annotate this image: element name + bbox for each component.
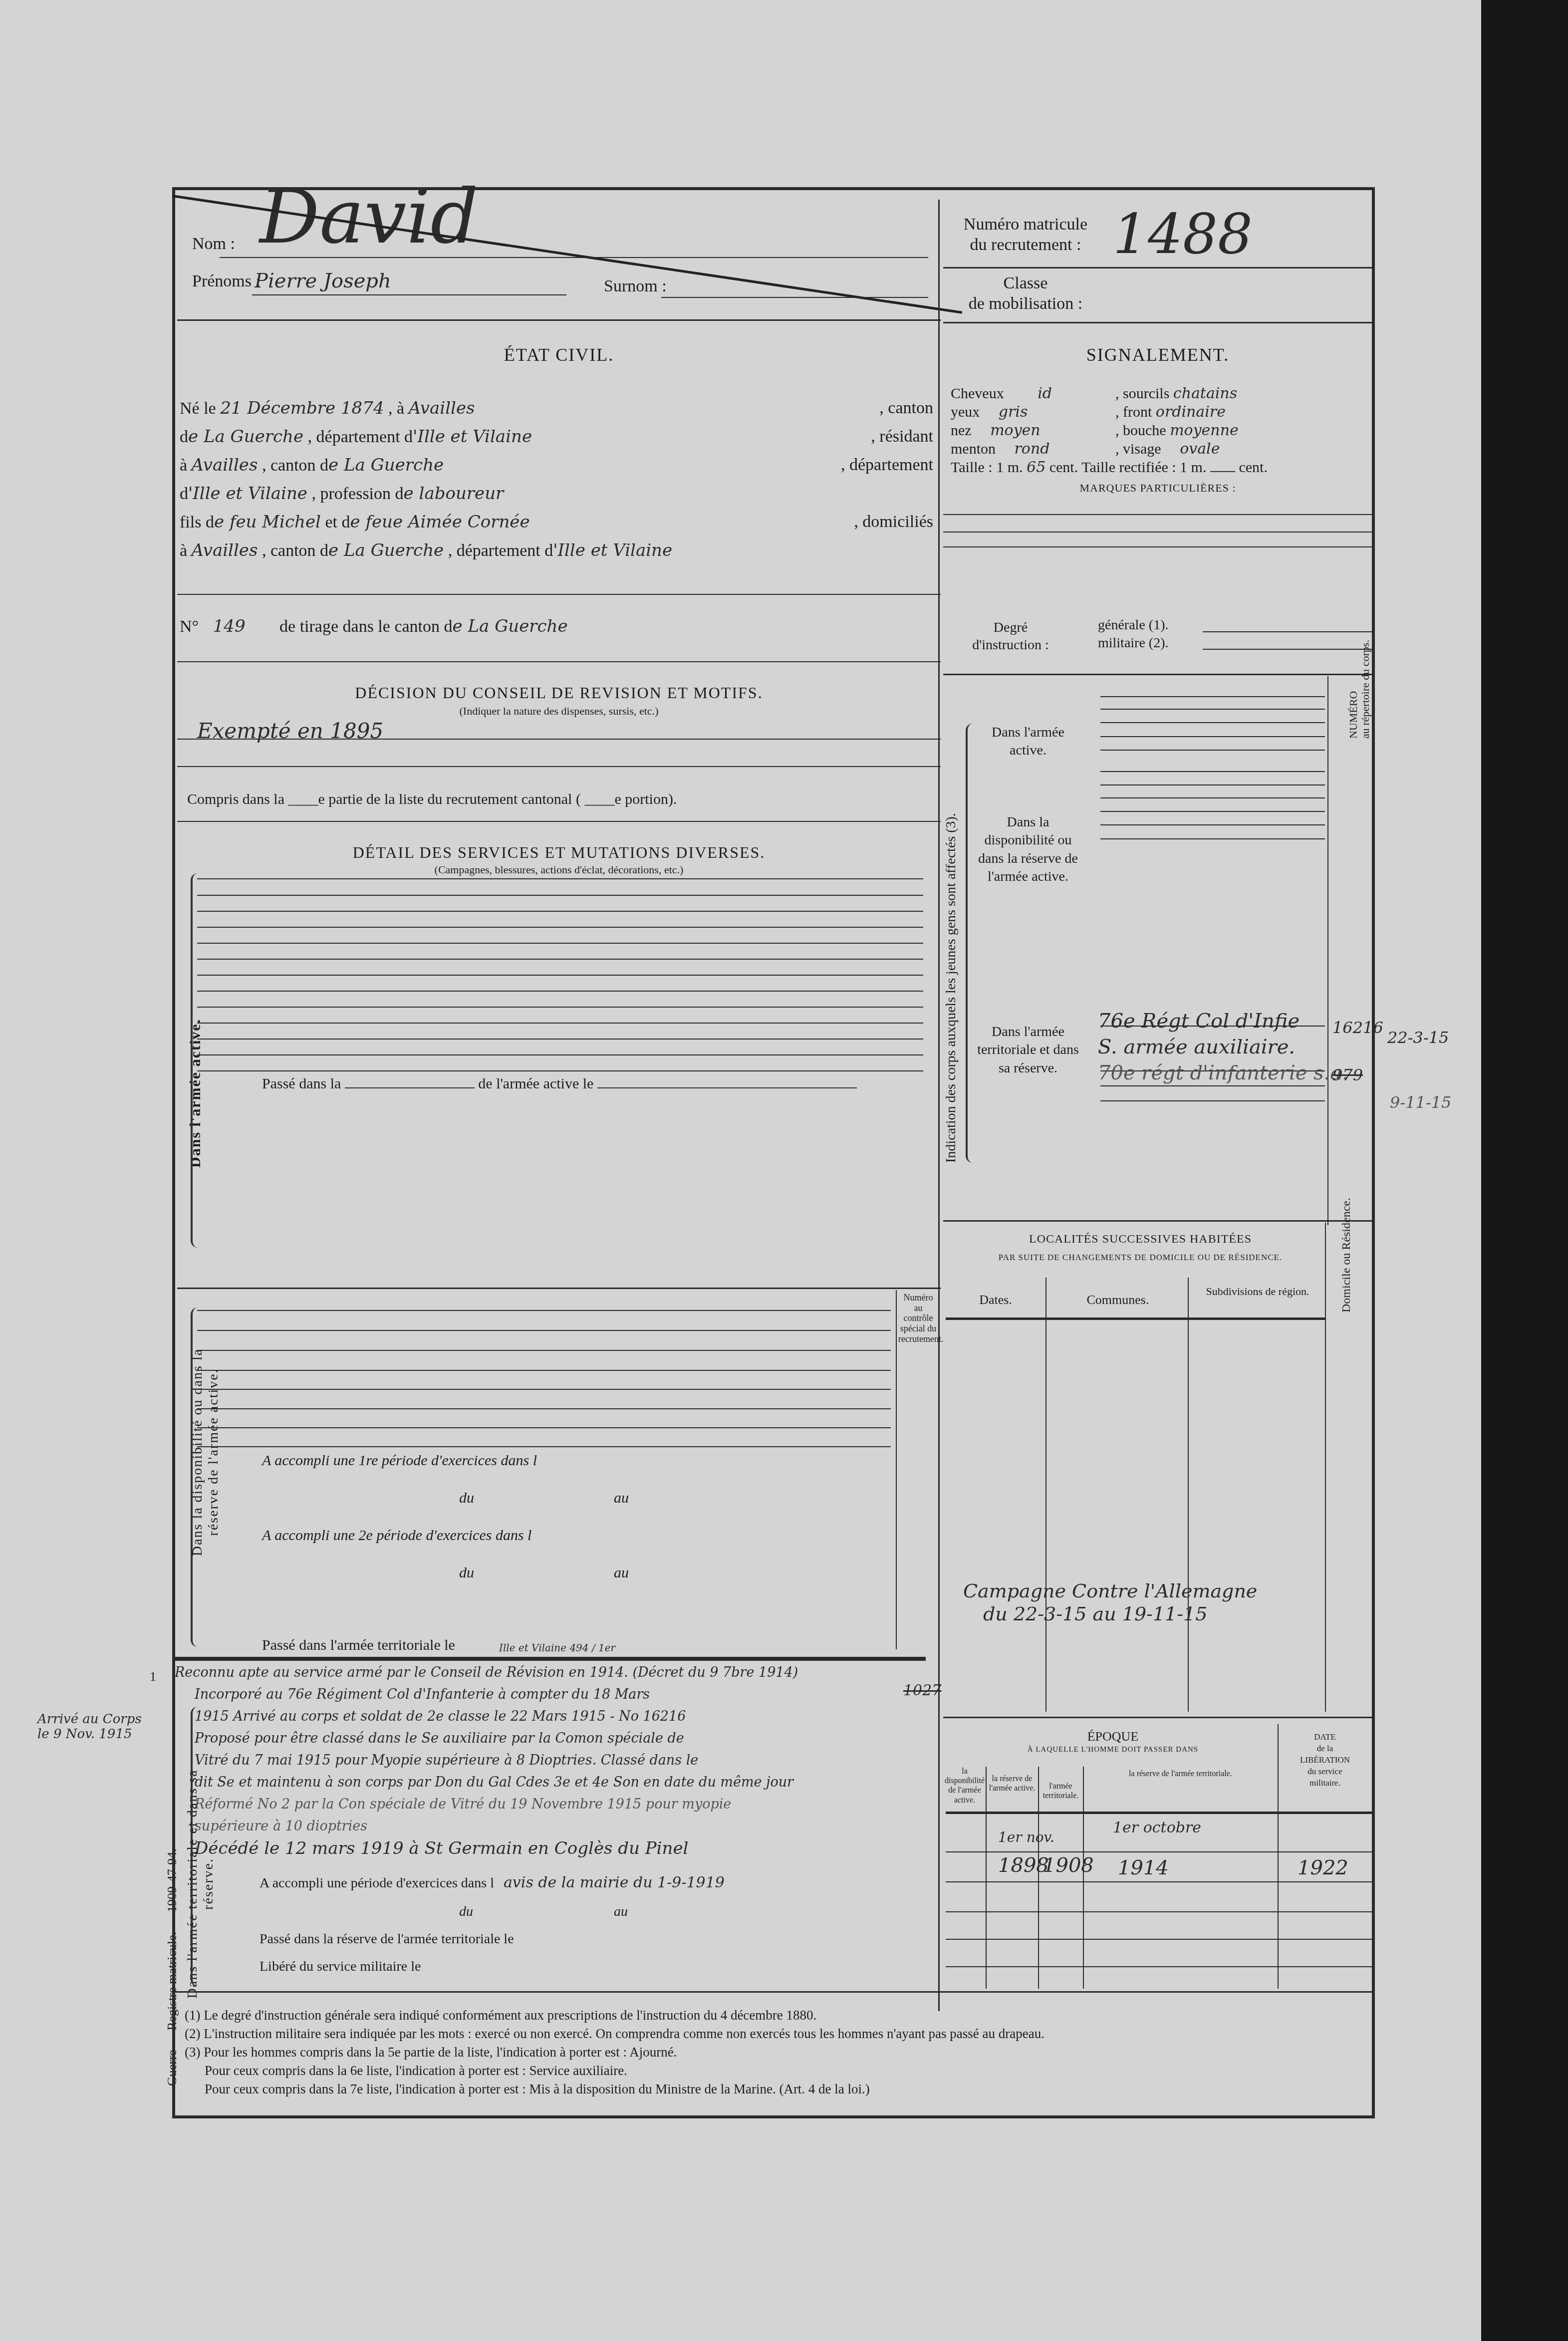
residence-canton: e La Guerche — [328, 455, 444, 475]
passe-mid-label: de l'armée active le — [478, 1075, 593, 1092]
generale-line — [1203, 631, 1372, 632]
prenoms-label: Prénoms : — [192, 272, 261, 291]
compris-text: Compris dans la ____e partie de la liste… — [187, 791, 677, 808]
epoque-title: ÉPOQUE — [943, 1729, 1283, 1744]
liberation-header: DATE de la LIBÉRATION du service militai… — [1280, 1732, 1370, 1789]
liberation-word: LIBÉRATION — [1280, 1755, 1370, 1766]
surnom-label: Surnom : — [604, 277, 667, 296]
note-reconnu-apte: Reconnu apte au service armé par le Cons… — [175, 1662, 898, 1684]
services-subtitle: (Campagnes, blessures, actions d'éclat, … — [177, 863, 941, 876]
decision-subtitle: (Indiquer la nature des dispenses, sursi… — [177, 705, 941, 718]
footnote-1: (1) Le degré d'instruction générale sera… — [185, 2006, 1367, 2025]
signalement-title: SIGNALEMENT. — [943, 344, 1372, 365]
cheveux-label: Cheveux — [951, 385, 1004, 402]
decision-line-2 — [177, 766, 941, 767]
yeux-row: yeux gris, front ordinaire — [951, 403, 1365, 421]
col-communes: Communes. — [1048, 1293, 1188, 1307]
controle-divider — [896, 1290, 897, 1649]
matricule-label-2: du recrutement : — [943, 235, 1108, 256]
marques-title: MARQUES PARTICULIÈRES : — [943, 482, 1372, 495]
nom-line — [220, 257, 928, 258]
marques-line-2 — [943, 531, 1372, 532]
col-subdivisions: Subdivisions de région. — [1190, 1285, 1325, 1298]
date-22-3-15: 22-3-15 — [1387, 1028, 1449, 1047]
epoque-col-dispo: la disponibilité de l'armée active. — [945, 1767, 985, 1805]
territoriale-entries: 76e Régt Col d'Infie S. armée auxiliaire… — [1098, 1008, 1348, 1086]
epoque-col-1 — [986, 1767, 987, 1989]
marques-line-1 — [943, 514, 1372, 515]
residant-a-label: à — [180, 456, 187, 475]
active-brace — [191, 873, 198, 1248]
note-incorpore: Incorporé au 76e Régiment Col d'Infanter… — [175, 1684, 898, 1706]
corps-divider — [943, 1220, 1372, 1222]
periode1-au: au — [614, 1490, 629, 1507]
passe-active-line: Passé dans la de l'armée active le — [262, 1075, 857, 1092]
visage-value: ovale — [1180, 440, 1220, 458]
periode-label: A accompli une période d'exercices dans … — [260, 1875, 494, 1891]
margin-note-above: Ille et Vilaine 494 / 1er — [499, 1642, 615, 1654]
sourcils-value: chatains — [1173, 385, 1237, 402]
territoriale-side-label: Dans l'armée territoriale et dans sa rés… — [185, 1767, 217, 2001]
degre-label: Degré d'instruction : — [953, 619, 1068, 654]
footnote-divider — [175, 1991, 1372, 1993]
service-notes: Reconnu apte au service armé par le Cons… — [175, 1662, 898, 1859]
numero-16216: 16216 — [1332, 1018, 1383, 1037]
col-dates: Dates. — [946, 1293, 1045, 1307]
periode-value: avis de la mairie du 1-9-1919 — [504, 1874, 725, 1891]
et-de-label: et d — [325, 513, 350, 531]
cheveux-row: Cheveux id, sourcils chatains — [951, 384, 1365, 403]
numero-979: 979 — [1332, 1065, 1363, 1084]
epoque-header-rule — [946, 1812, 1372, 1814]
note-propose: Proposé pour être classé dans le Se auxi… — [175, 1728, 898, 1750]
liberation-militaire: militaire. — [1280, 1778, 1370, 1789]
epoque-reserve-territoriale-year: 1914 — [1118, 1856, 1169, 1879]
residence-department: 'Ille et Vilaine — [188, 484, 307, 504]
dom-canton-label: , canton d — [262, 541, 328, 560]
numero-repertoire-label: NUMÉRO au répertoire du corps. — [1347, 640, 1371, 739]
degre-options: générale (1). militaire (2). — [1098, 616, 1169, 653]
dates-divider — [1045, 1278, 1046, 1712]
canton-d-label: , canton d — [262, 456, 328, 475]
epoque-col-2 — [1038, 1767, 1039, 1989]
passe-label: Passé dans la — [262, 1075, 341, 1092]
classe-label-2: de mobilisation : — [943, 294, 1108, 314]
domicile-divider — [1325, 1223, 1326, 1712]
margin-note-line-2: le 9 Nov. 1915 — [37, 1727, 142, 1742]
entry-76e-regiment: 76e Régt Col d'Infie — [1098, 1008, 1348, 1034]
canton-label: , canton — [879, 394, 933, 422]
epoque-territoriale-year: 1908 — [1043, 1854, 1094, 1877]
residence-place: Availles — [192, 455, 258, 475]
periode2-label: A accompli une 2e période d'exercices da… — [262, 1527, 531, 1544]
corps-side-label: Indication des corps auxquels les jeunes… — [943, 813, 959, 1163]
liberation-du-service: du service — [1280, 1766, 1370, 1778]
matricule-divider — [943, 267, 1372, 268]
liberation-de-la: de la — [1280, 1743, 1370, 1755]
visage-label: , visage — [1115, 441, 1161, 457]
matricule-label-1: Numéro matricule — [943, 215, 1108, 235]
residence-line: à Availles , canton de La Guerche, dépar… — [180, 451, 933, 480]
nez-value: moyen — [990, 422, 1041, 439]
footnote-3: (3) Pour les hommes compris dans la 5e p… — [185, 2043, 1367, 2062]
front-value: ordinaire — [1156, 403, 1226, 421]
parents-department: 'Ille et Vilaine — [553, 540, 672, 560]
residant-label: , résidant — [871, 423, 933, 451]
etat-civil-divider — [177, 594, 941, 595]
classe-divider — [943, 322, 1372, 323]
note-dioptries: supérieure à 10 dioptries — [175, 1816, 898, 1837]
tirage-canton: e La Guerche — [453, 616, 568, 636]
taille-cent-label: cent. Taille rectifiée : 1 m. — [1049, 459, 1207, 476]
classe-label: Classe de mobilisation : — [943, 273, 1108, 314]
epoque-oct-note: 1er octobre — [1113, 1819, 1201, 1836]
page-mark: 1 — [150, 1669, 156, 1684]
campaign-note-line-2: du 22-3-15 au 19-11-15 — [963, 1602, 1257, 1625]
a-label: , à — [388, 399, 404, 418]
degre-label-1: Degré — [953, 619, 1068, 636]
epoque-col-reserve-active: la réserve de l'armée active. — [987, 1774, 1037, 1793]
numero-label-2: au répertoire du corps. — [1359, 640, 1371, 739]
yeux-label: yeux — [951, 404, 980, 420]
signalement-body: Cheveux id, sourcils chatains yeux gris,… — [951, 384, 1365, 477]
active-corps-label: Dans l'armée active. — [976, 724, 1080, 760]
tirage-canton-label: de tirage dans le canton d — [279, 617, 452, 636]
periode2-au: au — [614, 1564, 629, 1581]
passe-reserve-label: Passé dans la réserve de l'armée territo… — [260, 1931, 514, 1947]
taille-row: Taille : 1 m. 65 cent. Taille rectifiée … — [951, 458, 1365, 477]
epoque-subtitle: À LAQUELLE L'HOMME DOIT PASSER DANS — [943, 1746, 1283, 1754]
periode1-label: A accompli une 1re période d'exercices d… — [262, 1452, 537, 1469]
nom-label: Nom : — [192, 235, 235, 254]
nez-label: nez — [951, 422, 972, 439]
numero-label-1: NUMÉRO — [1347, 640, 1359, 739]
departement-label: , département d — [308, 428, 413, 446]
dom-dept-label: , département d — [448, 541, 553, 560]
prenoms-value: Pierre Joseph — [255, 269, 391, 292]
territoriale-brace — [191, 1707, 198, 1986]
decision-title: DÉCISION DU CONSEIL DE REVISION ET MOTIF… — [177, 684, 941, 702]
note-reforme: Réformé No 2 par la Con spéciale de Vitr… — [175, 1794, 898, 1816]
note-maintenu: dit Se et maintenu à son corps par Don d… — [175, 1772, 898, 1794]
localites-subtitle: PAR SUITE DE CHANGEMENTS DE DOMICILE OU … — [943, 1253, 1337, 1263]
dom-a-label: à — [180, 541, 187, 560]
birth-place: Availles — [409, 398, 475, 418]
services-title: DÉTAIL DES SERVICES ET MUTATIONS DIVERSE… — [177, 843, 941, 862]
parents-domicile-line: à Availles , canton de La Guerche , dépa… — [180, 536, 933, 565]
territoriale-divider — [175, 1657, 926, 1661]
taille-value: 65 — [1027, 459, 1045, 476]
militaire-line — [1203, 649, 1372, 650]
mother-name: e feue Aimée Cornée — [350, 512, 529, 532]
entry-service-auxiliaire: S. armée auxiliaire. — [1098, 1034, 1348, 1060]
etat-civil-body: Né le 21 Décembre 1874 , à Availles , ca… — [180, 394, 933, 565]
parents-line: fils de feu Michel et de feue Aimée Corn… — [180, 508, 933, 536]
nom-value: David — [260, 180, 478, 255]
decision-divider — [177, 821, 941, 822]
nez-row: nez moyen, bouche moyenne — [951, 421, 1365, 440]
entry-70e-regiment: 70e régt d'infanterie s.a. — [1098, 1060, 1348, 1086]
localites-divider — [943, 1717, 1372, 1718]
column-divider — [938, 200, 940, 2011]
territoriale-au: au — [614, 1904, 628, 1920]
profession-label: , profession d — [311, 485, 403, 503]
localites-header-rule — [946, 1317, 1325, 1320]
campaign-note: Campagne Contre l'Allemagne du 22-3-15 a… — [963, 1579, 1257, 1625]
margin-note-line-1: Arrivé au Corps — [37, 1712, 142, 1727]
epoque-nov-note: 1er nov. — [998, 1829, 1054, 1845]
tirage-no-label: N° — [180, 617, 199, 636]
communes-divider — [1188, 1278, 1189, 1712]
marques-line-3 — [943, 546, 1372, 547]
footnote-3c: Pour ceux compris dans la 7e liste, l'in… — [185, 2080, 1367, 2098]
taille-rect-cent: cent. — [1239, 459, 1267, 476]
signalement-divider — [943, 674, 1372, 675]
yeux-value: gris — [999, 403, 1028, 421]
scan-background — [1481, 0, 1568, 2341]
etat-civil-title: ÉTAT CIVIL. — [177, 344, 941, 365]
profession-line: d'Ille et Vilaine , profession de labour… — [180, 480, 933, 508]
epoque-reserve-active-year: 1898 — [998, 1854, 1049, 1877]
d-label: d — [180, 485, 188, 503]
libere-label: Libéré du service militaire le — [260, 1959, 421, 1975]
surnom-line — [661, 297, 928, 298]
tirage-line: N° 149 de tirage dans le canton de La Gu… — [180, 616, 568, 636]
note-arrive-corps: 1915 Arrivé au corps et soldat de 2e cla… — [175, 1706, 898, 1728]
epoque-col-3 — [1083, 1767, 1084, 1989]
tirage-divider — [177, 661, 941, 662]
ne-le-label: Né le — [180, 399, 216, 418]
dispo-corps-label: Dans la disponibilité ou dans la réserve… — [976, 813, 1080, 886]
liberation-date: DATE — [1280, 1732, 1370, 1743]
periode2-du: du — [459, 1564, 474, 1581]
localites-title: LOCALITÉS SUCCESSIVES HABITÉES — [943, 1233, 1337, 1246]
matricule-value: 1488 — [1113, 202, 1253, 266]
numero-divider — [1327, 676, 1328, 1225]
periode1-du: du — [459, 1490, 474, 1507]
footnote-2: (2) L'instruction militaire sera indiqué… — [185, 2025, 1367, 2043]
header-divider — [177, 319, 941, 321]
numero-controle-label: Numéro au contrôle spécial du recrutemen… — [898, 1293, 938, 1344]
epoque-col-territoriale: l'armée territoriale. — [1040, 1782, 1082, 1801]
generale-label: générale (1). — [1098, 616, 1169, 634]
footnotes: (1) Le degré d'instruction générale sera… — [185, 2006, 1367, 2098]
campaign-note-line-1: Campagne Contre l'Allemagne — [963, 1579, 1257, 1602]
father-name: e feu Michel — [214, 512, 321, 532]
departement2-label: , département — [841, 451, 933, 479]
front-label: , front — [1115, 404, 1152, 420]
tirage-number: 149 — [213, 616, 246, 636]
passe-territoriale-label: Passé dans l'armée territoriale le — [262, 1637, 455, 1654]
taille-label: Taille : 1 m. — [951, 459, 1023, 476]
periode-line: A accompli une période d'exercices dans … — [260, 1874, 725, 1891]
militaire-label: militaire (2). — [1098, 634, 1169, 652]
menton-value: rond — [1015, 440, 1050, 458]
note-vitre: Vitré du 7 mai 1915 pour Myopie supérieu… — [175, 1750, 898, 1772]
liberation-divider — [1278, 1724, 1279, 1989]
prenoms-line — [252, 294, 566, 295]
fils-label: fils d — [180, 513, 214, 531]
domicilies-label: , domiciliés — [854, 508, 933, 536]
birth-line: Né le 21 Décembre 1874 , à Availles , ca… — [180, 394, 933, 423]
degre-label-2: d'instruction : — [953, 636, 1068, 654]
date-9-11-15: 9-11-15 — [1390, 1093, 1451, 1112]
footnote-3b: Pour ceux compris dans la 6e liste, l'in… — [185, 2062, 1367, 2080]
corps-brace — [966, 724, 973, 1163]
bouche-value: moyenne — [1170, 422, 1239, 439]
classe-label-1: Classe — [943, 273, 1108, 294]
epoque-col-reserve-territoriale: la réserve de l'armée territoriale. — [1084, 1769, 1277, 1779]
birth-date: 21 Décembre 1874 — [220, 398, 384, 418]
menton-label: menton — [951, 441, 996, 457]
canton-line: de La Guerche , département d'Ille et Vi… — [180, 423, 933, 451]
parents-domicile: Availles — [192, 540, 258, 560]
margin-note: Arrivé au Corps le 9 Nov. 1915 — [37, 1712, 142, 1742]
numero-crossed: 1027 — [903, 1682, 941, 1699]
note-decede: Décédé le 12 mars 1919 à St Germain en C… — [175, 1837, 898, 1859]
parents-canton: e La Guerche — [328, 540, 444, 560]
domicile-side-label: Domicile ou Résidence. — [1340, 1198, 1353, 1312]
bouche-label: , bouche — [1115, 422, 1166, 439]
cheveux-value: id — [1038, 385, 1052, 402]
active-divider — [177, 1288, 941, 1289]
sourcils-label: , sourcils — [1115, 385, 1169, 402]
profession-value: e laboureur — [404, 484, 504, 504]
territoriale-du: du — [459, 1904, 473, 1920]
decision-line-1 — [177, 739, 941, 740]
menton-row: menton rond, visage ovale — [951, 440, 1365, 458]
de-label: d — [180, 428, 188, 446]
matricule-label: Numéro matricule du recrutement : — [943, 215, 1108, 256]
territoriale-corps-label: Dans l'armée territoriale et dans sa rés… — [976, 1023, 1080, 1077]
birth-department: 'Ille et Vilaine — [413, 427, 532, 447]
birth-canton: e La Guerche — [188, 427, 303, 447]
liberation-year: 1922 — [1298, 1856, 1348, 1879]
dispo-brace — [191, 1307, 198, 1647]
